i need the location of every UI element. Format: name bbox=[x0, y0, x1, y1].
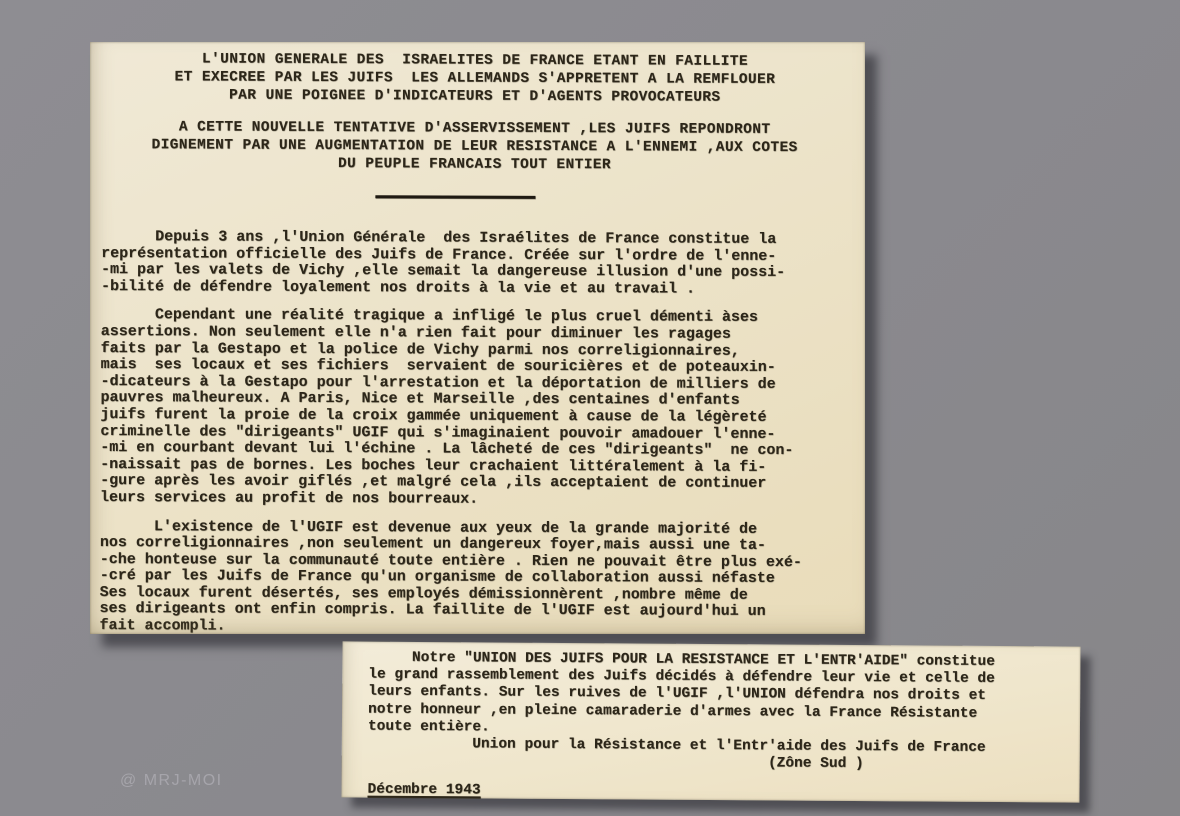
text-line: leurs services au profit de nos bourreau… bbox=[100, 490, 806, 510]
slip-date: Décembre 1943 bbox=[367, 782, 1067, 803]
text-line: fait accompli. bbox=[99, 618, 805, 638]
slip-content: Notre "UNION DES JUIFS POUR LA RESISTANC… bbox=[367, 650, 1068, 803]
paragraph-2: Cependant une réalité tragique a infligé… bbox=[100, 307, 807, 509]
paragraph-3: L'existence de l'UGIF est devenue aux ye… bbox=[99, 518, 806, 637]
text-line: -bilité de défendre loyalement nos droit… bbox=[101, 279, 807, 299]
headline-line: DIGNEMENT PAR UNE AUGMENTATION DE LEUR R… bbox=[142, 136, 808, 157]
headline-block-primary: L'UNION GENERALE DES ISRAELITES DE FRANC… bbox=[142, 50, 808, 107]
slip-page: Notre "UNION DES JUIFS POUR LA RESISTANC… bbox=[341, 641, 1080, 802]
document-page: L'UNION GENERALE DES ISRAELITES DE FRANC… bbox=[90, 42, 865, 634]
headline-block-secondary: A CETTE NOUVELLE TENTATIVE D'ASSERVISSEM… bbox=[141, 118, 807, 175]
watermark-text: @ MRJ-MOI bbox=[120, 772, 223, 790]
photo-background: L'UNION GENERALE DES ISRAELITES DE FRANC… bbox=[0, 0, 1180, 816]
headline-line: PAR UNE POIGNEE D'INDICATEURS ET D'AGENT… bbox=[142, 86, 808, 107]
headline-line: DU PEUPLE FRANCAIS TOUT ENTIER bbox=[141, 154, 807, 175]
document-content: L'UNION GENERALE DES ISRAELITES DE FRANC… bbox=[99, 50, 808, 650]
divider-rule bbox=[375, 195, 535, 199]
slip-paragraph: Notre "UNION DES JUIFS POUR LA RESISTANC… bbox=[368, 650, 1069, 775]
paragraph-1: Depuis 3 ans ,l'Union Générale des Israé… bbox=[101, 229, 807, 298]
